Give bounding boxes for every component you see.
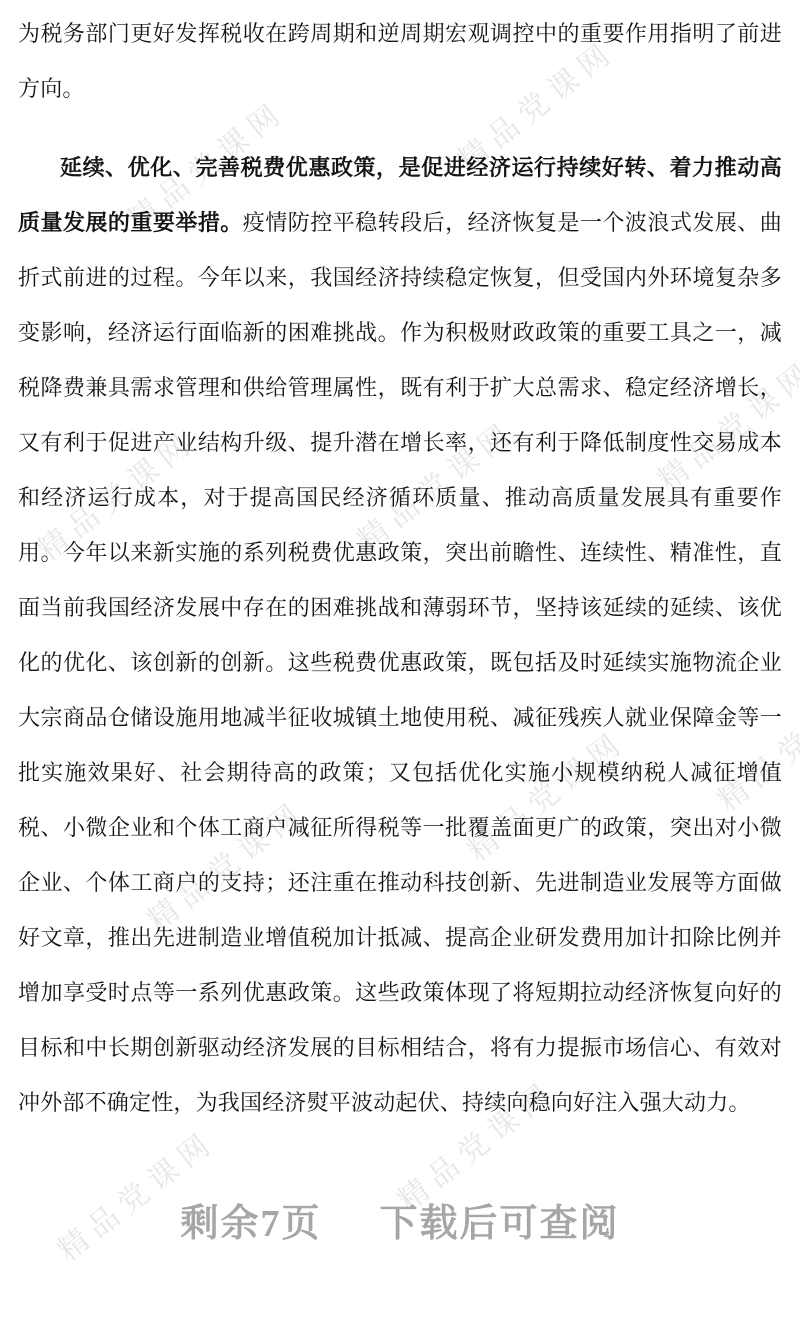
paragraph-2: 延续、优化、完善税费优惠政策，是促进经济运行持续好转、着力推动高质量发展的重要举… [18, 140, 782, 1130]
watermark-text: 精品党课网 [46, 1118, 223, 1270]
remaining-pages-label: 剩余7页 [180, 1203, 321, 1245]
paragraph-1: 为税务部门更好发挥税收在跨周期和逆周期宏观调控中的重要作用指明了前进方向。 [18, 6, 782, 116]
document-page: 精品党课网 精品党课网 精品党课网 精品党课网 精品党课网 精品党课网 精品党课… [0, 0, 800, 1328]
download-hint-label: 下载后可查阅 [380, 1203, 620, 1245]
document-body: 为税务部门更好发挥税收在跨周期和逆周期宏观调控中的重要作用指明了前进方向。 延续… [0, 0, 800, 1130]
paragraph-2-text: 疫情防控平稳转段后，经济恢复是一个波浪式发展、曲折式前进的过程。今年以来，我国经… [18, 210, 782, 1115]
preview-footer: 剩余7页下载后可查阅 [0, 1202, 800, 1246]
